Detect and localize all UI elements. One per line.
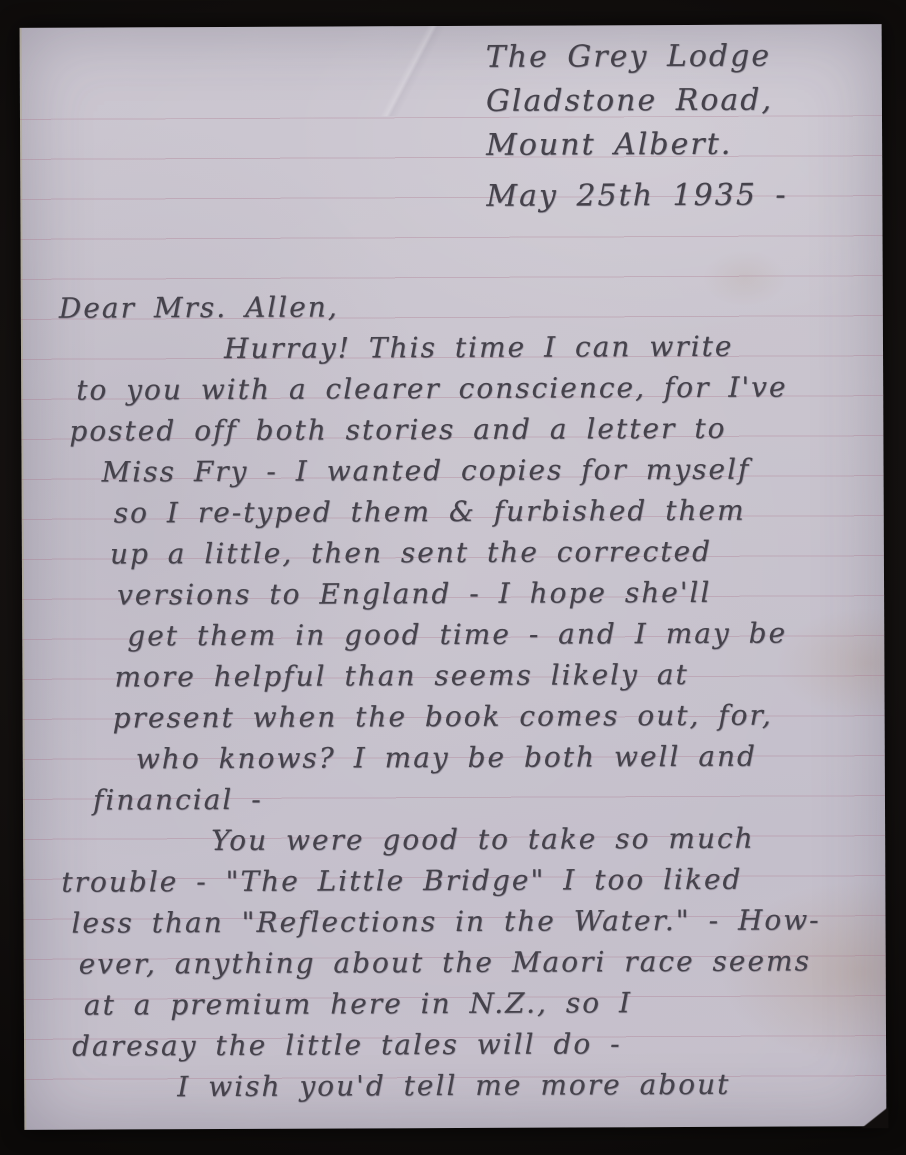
address-block: The Grey Lodge Gladstone Road, Mount Alb… <box>486 35 788 219</box>
body-line: more helpful than seems likely at <box>114 653 819 697</box>
salutation: Dear Mrs. Allen, <box>59 284 818 328</box>
address-line: Gladstone Road, <box>486 79 787 124</box>
body-line: so I re-typed them & furbished them <box>114 489 819 533</box>
paper-crease <box>330 26 490 117</box>
date-line: May 25th 1935 - <box>486 174 787 219</box>
body-line: posted off both stories and a letter to <box>69 407 818 451</box>
body-line: Miss Fry - I wanted copies for myself <box>101 448 818 492</box>
address-line: The Grey Lodge <box>486 35 787 80</box>
body-line: versions to England - I hope she'll <box>117 571 819 615</box>
address-line: Mount Albert. <box>486 123 787 168</box>
body-line: You were good to take so much <box>211 817 820 861</box>
body-line: financial - <box>93 776 820 820</box>
letter-photo: The Grey Lodge Gladstone Road, Mount Alb… <box>0 0 906 1155</box>
body-line: less than "Reflections in the Water." - … <box>71 899 820 943</box>
body-line: up a little, then sent the corrected <box>110 530 819 574</box>
body-line: ever, anything about the Maori race seem… <box>79 940 821 984</box>
body-line: daresay the little tales will do - <box>72 1022 821 1066</box>
body-line: present when the book comes out, for, <box>113 694 820 738</box>
body-line: I wish you'd tell me more about <box>177 1063 821 1107</box>
body-line: who knows? I may be both well and <box>136 735 820 779</box>
letter-page: The Grey Lodge Gladstone Road, Mount Alb… <box>20 24 887 1130</box>
body-line: at a premium here in N.Z., so I <box>84 981 821 1025</box>
body-line: Hurray! This time I can write <box>224 325 818 369</box>
letter-body: Dear Mrs. Allen, Hurray! This time I can… <box>59 284 822 1107</box>
body-line: to you with a clearer conscience, for I'… <box>76 366 818 410</box>
body-line: trouble - "The Little Bridge" I too like… <box>61 858 820 902</box>
body-line: get them in good time - and I may be <box>127 612 819 656</box>
